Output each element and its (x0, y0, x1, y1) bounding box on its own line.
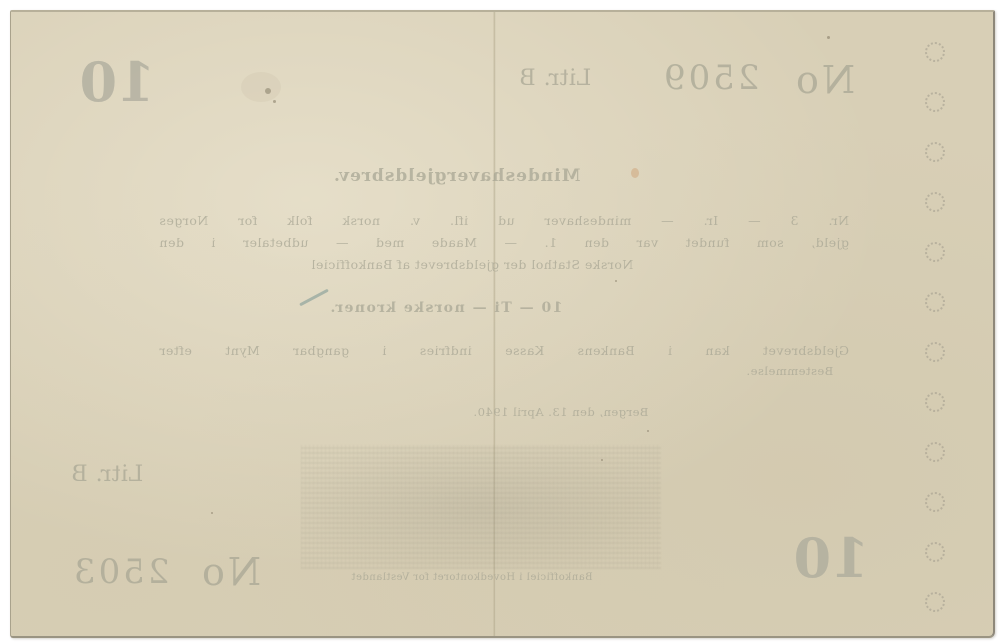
paper-speck (273, 100, 276, 103)
rosette-ornament (925, 142, 945, 162)
denomination-top-left: 10 (79, 50, 155, 114)
signatures-caption: Bankofficiel i Hovedkontoret for Vestlan… (351, 572, 593, 583)
series-label-top: Litr. B (519, 66, 591, 91)
body-line-1: Nr. 3 — Ir. — mindeshaver ud ifl. v. nor… (159, 210, 849, 232)
rosette-ornament (925, 42, 945, 62)
conditions-line: Gjeldsbrevet kan i Bankens Kasse indfrie… (159, 340, 849, 362)
date-line: Bergen, den 13. April 1940. (473, 405, 648, 419)
rosette-ornament (925, 392, 945, 412)
paper-speck (647, 430, 649, 432)
denomination-bottom-right: 10 (793, 526, 869, 590)
amount-line: 10 — Ti — norske kroner. (329, 300, 562, 316)
serial-number-top: 2509 (661, 58, 760, 98)
rosette-ornament (925, 92, 945, 112)
serial-number-bottom: 2503 (71, 552, 170, 592)
rust-stain (631, 168, 639, 178)
ink-stroke-mark (299, 289, 329, 307)
rosette-ornament (925, 192, 945, 212)
paper-speck (211, 512, 213, 514)
conditions-line-end: Bestemmelse. (746, 364, 833, 378)
paper-speck (827, 36, 830, 39)
rosette-ornament (925, 292, 945, 312)
rosette-ornament (925, 542, 945, 562)
scanned-document: 10 Litr. B 2509 No Mindeshavergjeldsbrev… (0, 0, 1000, 644)
rosette-ornament (925, 492, 945, 512)
paper-speck (615, 280, 617, 282)
rosette-ornament (925, 242, 945, 262)
serial-prefix-bottom: No (199, 550, 261, 594)
paper-stain (241, 72, 281, 102)
rosette-ornament (925, 592, 945, 612)
paper-speck (601, 459, 603, 461)
body-line-3: Norske Stathol der gjeldsbrevet af Banko… (311, 254, 831, 276)
body-line-2: gjeld, som fundet var den 1. — Maade med… (159, 232, 849, 254)
rosette-ornament (925, 342, 945, 362)
serial-prefix-top: No (793, 58, 855, 102)
signature-stamp-area (301, 445, 661, 569)
document-heading: Mindeshavergjeldsbrev. (333, 166, 580, 186)
paper-sheet: 10 Litr. B 2509 No Mindeshavergjeldsbrev… (10, 10, 995, 638)
rosette-border (920, 42, 950, 612)
series-label-bottom: Litr. B (71, 462, 143, 487)
rosette-ornament (925, 442, 945, 462)
